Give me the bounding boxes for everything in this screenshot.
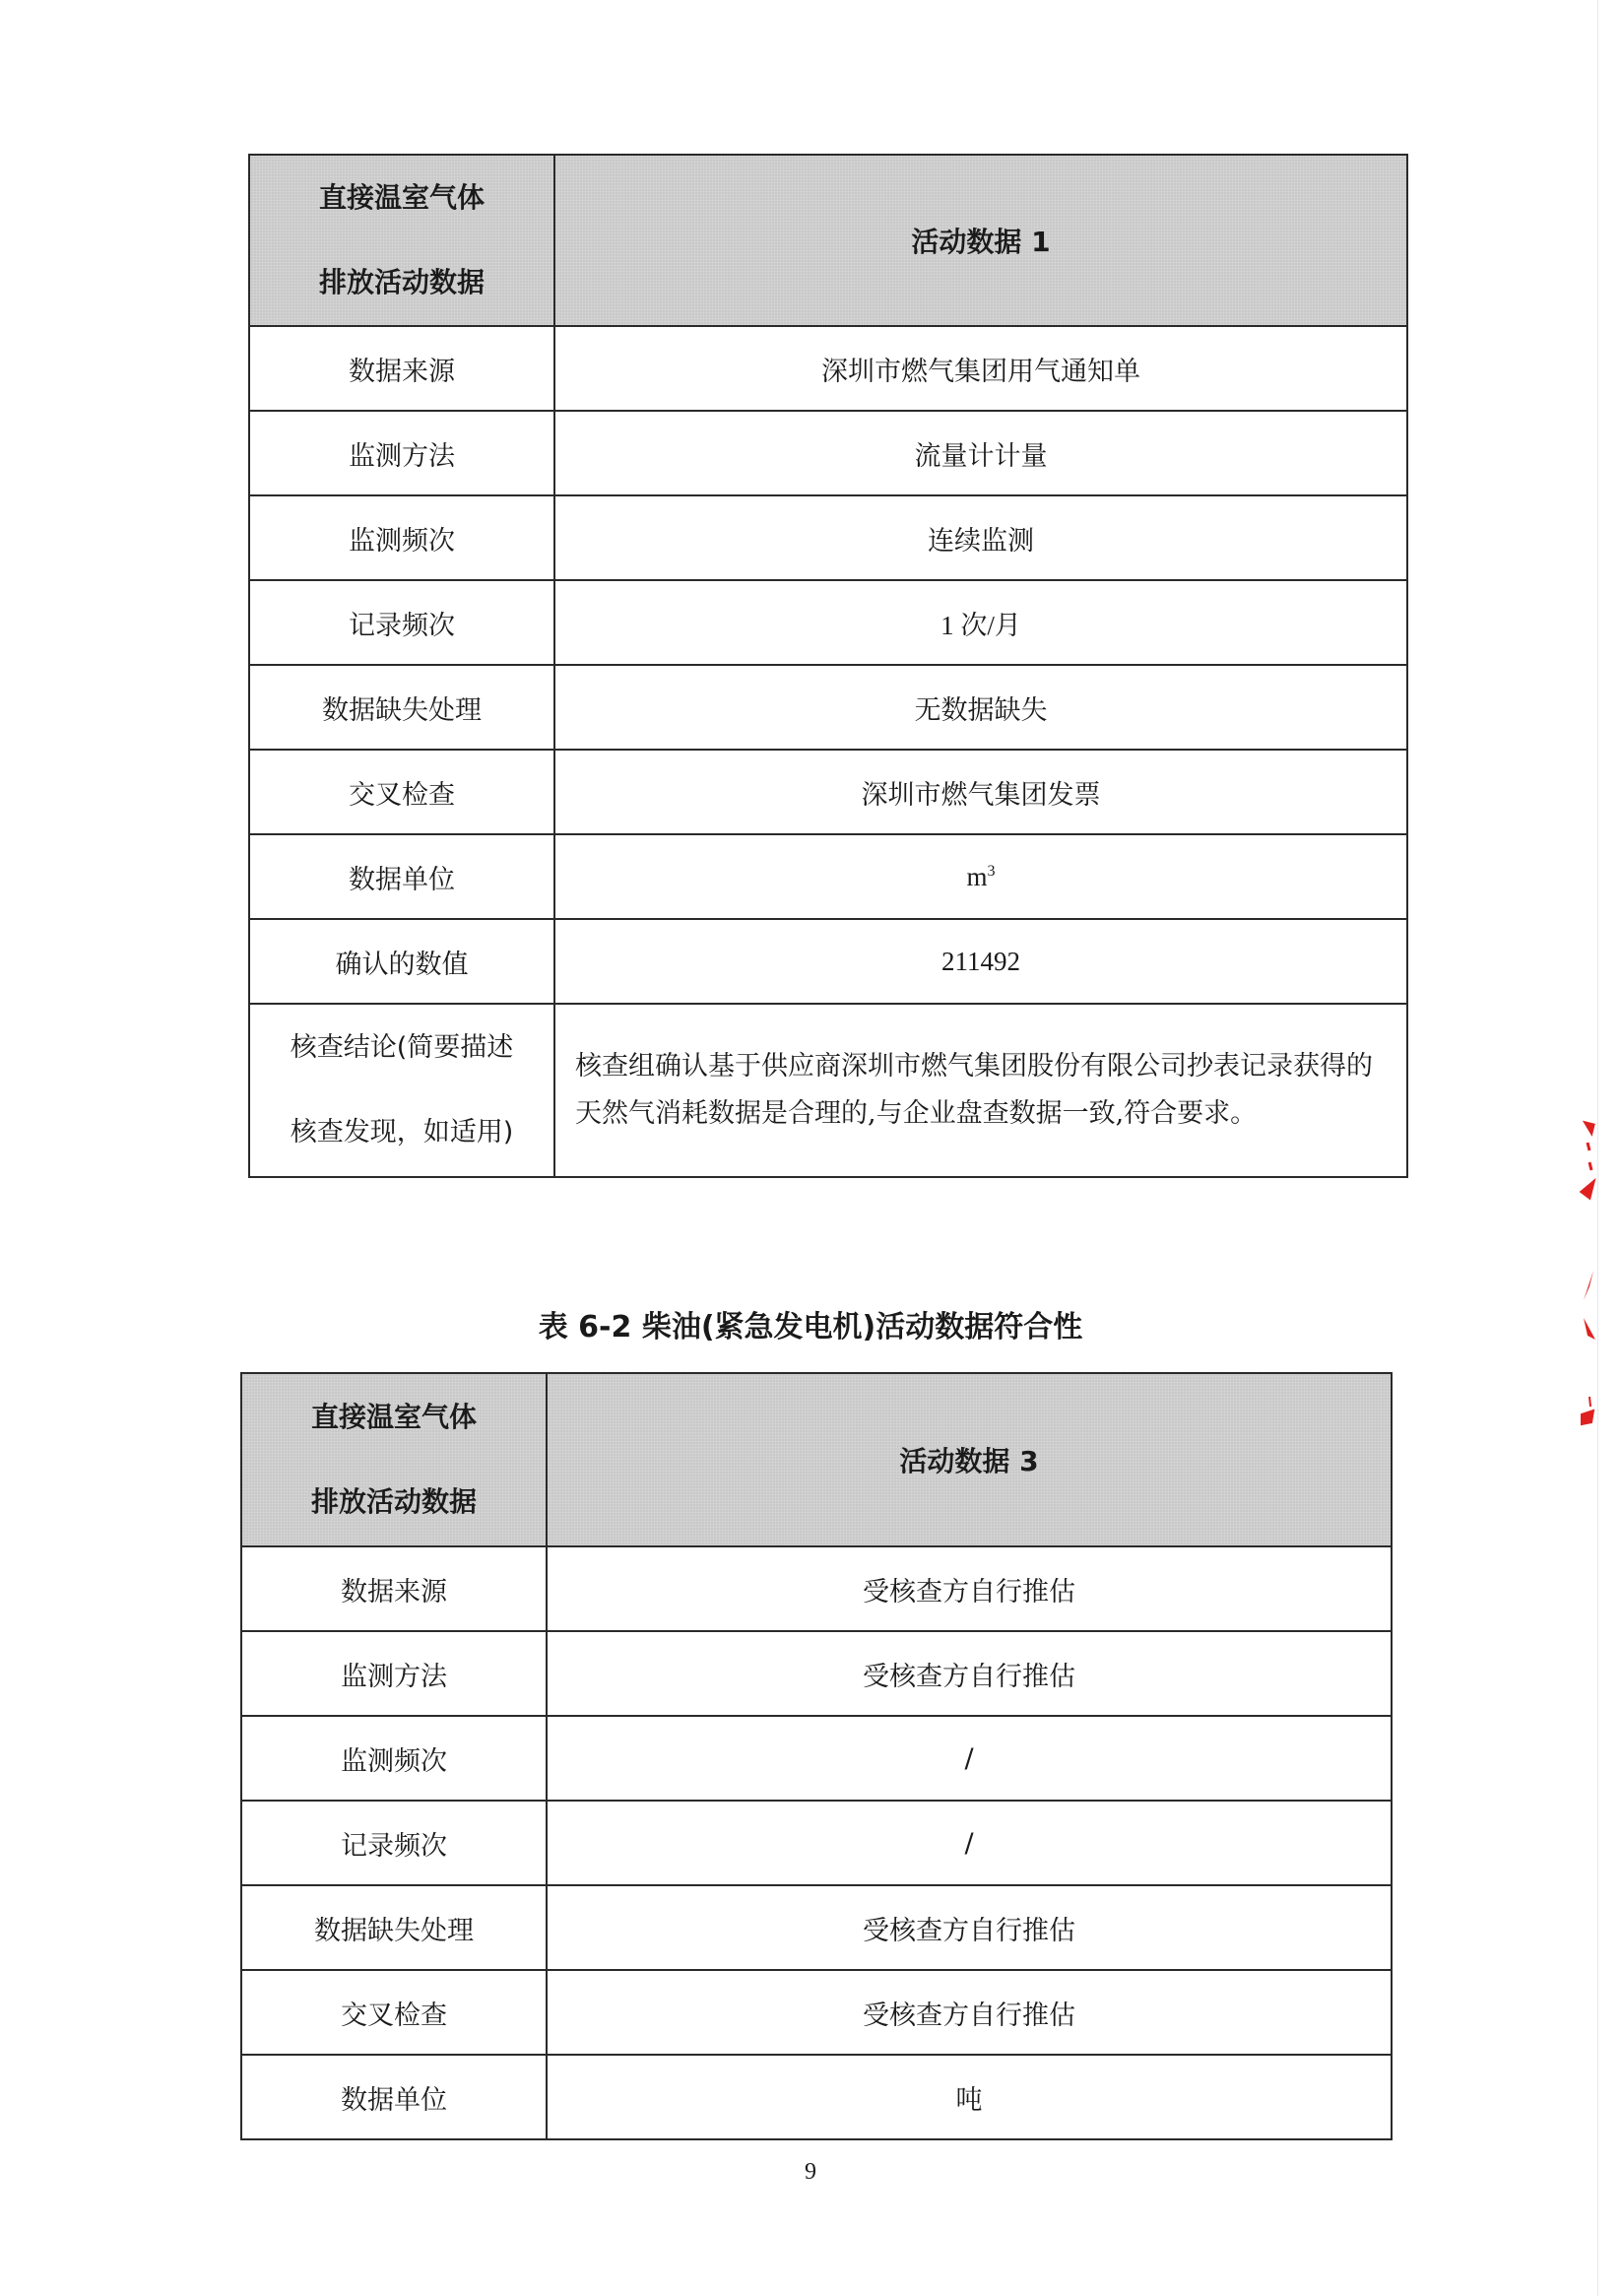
row-label: 确认的数值 <box>249 919 554 1004</box>
table-row: 记录频次 1 次/月 <box>249 580 1407 665</box>
header-title-cell: 活动数据 1 <box>554 155 1407 326</box>
table-row: 数据单位 吨 <box>241 2055 1392 2139</box>
row-label: 监测方法 <box>249 411 554 495</box>
row-label: 数据来源 <box>241 1546 547 1631</box>
header-label-line1: 直接温室气体 <box>258 156 546 240</box>
row-label: 记录频次 <box>249 580 554 665</box>
row-value: 无数据缺失 <box>554 665 1407 750</box>
row-value: 受核查方自行推估 <box>547 1885 1392 1970</box>
row-value: 深圳市燃气集团用气通知单 <box>554 326 1407 411</box>
page-number: 9 <box>0 2159 1621 2186</box>
row-value: / <box>547 1801 1392 1885</box>
table-row: 交叉检查 深圳市燃气集团发票 <box>249 750 1407 834</box>
row-label: 数据单位 <box>241 2055 547 2139</box>
table-row: 数据来源 受核查方自行推估 <box>241 1546 1392 1631</box>
conclusion-label-line1: 核查结论(简要描述 <box>258 1006 546 1090</box>
row-value: / <box>547 1716 1392 1801</box>
table-header-row: 直接温室气体 排放活动数据 活动数据 3 <box>241 1373 1392 1546</box>
header-label-cell: 直接温室气体 排放活动数据 <box>249 155 554 326</box>
row-label: 监测频次 <box>241 1716 547 1801</box>
row-value: 深圳市燃气集团发票 <box>554 750 1407 834</box>
seal-stamp-fragment-icon <box>1576 1103 1615 1438</box>
row-value: 吨 <box>547 2055 1392 2139</box>
row-value: 受核查方自行推估 <box>547 1546 1392 1631</box>
header-label-cell: 直接温室气体 排放活动数据 <box>241 1373 547 1546</box>
table-caption: 表 6-2 柴油(紧急发电机)活动数据符合性 <box>0 1302 1621 1345</box>
row-label: 数据单位 <box>249 834 554 919</box>
table-row: 数据来源 深圳市燃气集团用气通知单 <box>249 326 1407 411</box>
row-value-unit: m3 <box>554 834 1407 919</box>
row-value: 连续监测 <box>554 495 1407 580</box>
row-label: 交叉检查 <box>249 750 554 834</box>
conclusion-row: 核查结论(简要描述 核查发现，如适用) 核查组确认基于供应商深圳市燃气集团股份有… <box>249 1004 1407 1177</box>
row-value: 受核查方自行推估 <box>547 1631 1392 1716</box>
row-value: 211492 <box>554 919 1407 1004</box>
activity-data-1-table: 直接温室气体 排放活动数据 活动数据 1 数据来源 深圳市燃气集团用气通知单 监… <box>248 154 1408 1178</box>
table-row: 记录频次 / <box>241 1801 1392 1885</box>
activity-data-3-table: 直接温室气体 排放活动数据 活动数据 3 数据来源 受核查方自行推估 监测方法 … <box>240 1372 1393 2140</box>
row-label: 监测频次 <box>249 495 554 580</box>
header-label-line2: 排放活动数据 <box>258 240 546 325</box>
unit-exponent: 3 <box>988 863 996 880</box>
table-row: 交叉检查 受核查方自行推估 <box>241 1970 1392 2055</box>
table-header-row: 直接温室气体 排放活动数据 活动数据 1 <box>249 155 1407 326</box>
table-row: 监测频次 连续监测 <box>249 495 1407 580</box>
unit-base: m <box>966 862 987 891</box>
row-label: 数据缺失处理 <box>249 665 554 750</box>
row-value: 受核查方自行推估 <box>547 1970 1392 2055</box>
header-label-line1: 直接温室气体 <box>250 1375 538 1460</box>
table-row: 数据缺失处理 无数据缺失 <box>249 665 1407 750</box>
row-label: 交叉检查 <box>241 1970 547 2055</box>
conclusion-text: 核查组确认基于供应商深圳市燃气集团股份有限公司抄表记录获得的天然气消耗数据是合理… <box>554 1004 1407 1177</box>
table-row: 数据单位 m3 <box>249 834 1407 919</box>
conclusion-label-line2: 核查发现，如适用) <box>258 1090 546 1175</box>
row-label: 记录频次 <box>241 1801 547 1885</box>
table-row: 监测方法 流量计计量 <box>249 411 1407 495</box>
row-label: 监测方法 <box>241 1631 547 1716</box>
table-row: 监测频次 / <box>241 1716 1392 1801</box>
row-value: 1 次/月 <box>554 580 1407 665</box>
row-label: 数据来源 <box>249 326 554 411</box>
conclusion-label-cell: 核查结论(简要描述 核查发现，如适用) <box>249 1004 554 1177</box>
table-row: 确认的数值 211492 <box>249 919 1407 1004</box>
table-row: 数据缺失处理 受核查方自行推估 <box>241 1885 1392 1970</box>
header-title-cell: 活动数据 3 <box>547 1373 1392 1546</box>
header-label-line2: 排放活动数据 <box>250 1460 538 1544</box>
table-row: 监测方法 受核查方自行推估 <box>241 1631 1392 1716</box>
row-value: 流量计计量 <box>554 411 1407 495</box>
row-label: 数据缺失处理 <box>241 1885 547 1970</box>
